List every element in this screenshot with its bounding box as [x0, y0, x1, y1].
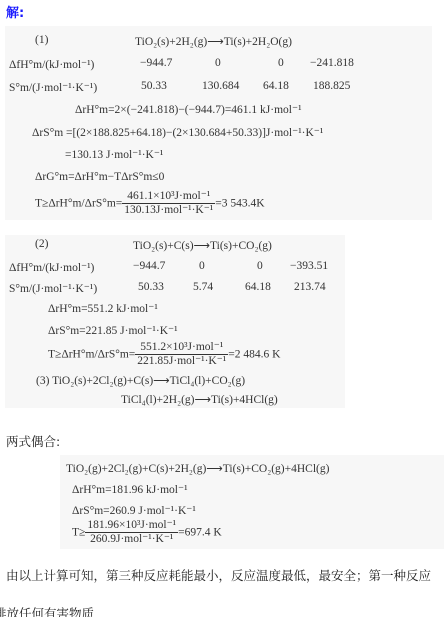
Sm-value: 50.33	[138, 281, 164, 293]
T-prefix: T≥	[72, 527, 85, 539]
Sm-label-1: S°m/(J·mol⁻¹·K⁻¹)	[9, 80, 97, 94]
Sm-value: 64.18	[245, 281, 271, 293]
reaction-equation-1: TiO₂(s)+2H₂(g)⟶Ti(s)+2H₂O(g)	[135, 34, 292, 48]
reaction-equation-3b: TiCl₄(l)+2H₂(g)⟶Ti(s)+4HCl(g)	[121, 392, 278, 406]
T-numerator: 551.2×10³J·mol⁻¹	[135, 341, 228, 355]
T-equation-3: T≥181.96×10³J·mol⁻¹260.9J·mol⁻¹·K⁻¹=697.…	[72, 519, 222, 546]
T-denominator: 260.9J·mol⁻¹·K⁻¹	[85, 533, 178, 546]
T-equation-1: T≥ΔrH°m/ΔrS°m=461.1×10³J·mol⁻¹130.13J·mo…	[35, 190, 265, 217]
dfH-value: 0	[257, 260, 263, 272]
T-numerator: 461.1×10³J·mol⁻¹	[122, 190, 215, 204]
T-fraction: 461.1×10³J·mol⁻¹130.13J·mol⁻¹·K⁻¹	[122, 190, 215, 217]
Sm-label-2: S°m/(J·mol⁻¹·K⁻¹)	[9, 281, 97, 295]
reaction-equation-2: TiO₂(s)+C(s)⟶Ti(s)+CO₂(g)	[133, 238, 272, 252]
T-numerator: 181.96×10³J·mol⁻¹	[85, 519, 178, 533]
T-result: =697.4 K	[178, 527, 222, 539]
drS-equation-3: ΔrS°m=260.9 J·mol⁻¹·K⁻¹	[72, 503, 196, 517]
drH-equation-1: ΔrH°m=2×(−241.818)−(−944.7)=461.1 kJ·mol…	[75, 102, 302, 116]
conclusion-text: 由以上计算可知，第三种反应耗能最小，反应温度最低，最安全；第一种反应	[6, 566, 431, 584]
drS-equation-2: ΔrS°m=221.85 J·mol⁻¹·K⁻¹	[48, 323, 178, 337]
drH-equation-3: ΔrH°m=181.96 kJ·mol⁻¹	[72, 482, 188, 496]
answer-label: 解:	[6, 2, 24, 21]
Sm-value: 213.74	[294, 281, 326, 293]
reaction-equation-3a: (3) TiO₂(s)+2Cl₂(g)+C(s)⟶TiCl₄(l)+CO₂(g)	[36, 373, 245, 387]
T-result: =2 484.6 K	[228, 349, 280, 361]
T-fraction: 551.2×10³J·mol⁻¹221.85J·mol⁻¹·K⁻¹	[135, 341, 228, 368]
T-prefix: T≥ΔrH°m/ΔrS°m=	[35, 198, 122, 210]
T-denominator: 221.85J·mol⁻¹·K⁻¹	[135, 355, 228, 368]
drG-equation-1: ΔrG°m=ΔrH°m−TΔrS°m≤0	[35, 171, 164, 183]
drS-equation-1-line1: ΔrS°m =[(2×188.825+64.18)−(2×130.684+50.…	[32, 125, 323, 139]
T-equation-2: T≥ΔrH°m/ΔrS°m=551.2×10³J·mol⁻¹221.85J·mo…	[48, 341, 280, 368]
Sm-value: 64.18	[263, 80, 289, 92]
dfH-value: −393.51	[290, 260, 328, 272]
Sm-value: 188.825	[313, 80, 350, 92]
Sm-value: 5.74	[193, 281, 213, 293]
dfH-value: −241.818	[310, 57, 354, 69]
dfH-label-2: ΔfH°m/(kJ·mol⁻¹)	[9, 260, 94, 274]
solution-image-2: (2) TiO₂(s)+C(s)⟶Ti(s)+CO₂(g) ΔfH°m/(kJ·…	[5, 235, 345, 408]
reaction-label-2: (2)	[35, 238, 48, 250]
T-fraction: 181.96×10³J·mol⁻¹260.9J·mol⁻¹·K⁻¹	[85, 519, 178, 546]
dfH-value: −944.7	[133, 260, 165, 272]
drH-equation-2: ΔrH°m=551.2 kJ·mol⁻¹	[48, 301, 158, 315]
T-result: =3 543.4K	[215, 198, 264, 210]
dfH-value: 0	[215, 57, 221, 69]
solution-image-1: (1) TiO₂(s)+2H₂(g)⟶Ti(s)+2H₂O(g) ΔfH°m/(…	[5, 26, 432, 220]
reaction-label-1: (1)	[35, 34, 48, 46]
coupling-label: 两式偶合:	[6, 432, 60, 450]
dfH-value: −944.7	[140, 57, 172, 69]
T-prefix: T≥ΔrH°m/ΔrS°m=	[48, 349, 135, 361]
drS-equation-1-line2: =130.13 J·mol⁻¹·K⁻¹	[65, 147, 163, 161]
conclusion-tail-text: 排放任何有害物质	[0, 604, 94, 617]
T-denominator: 130.13J·mol⁻¹·K⁻¹	[122, 204, 215, 217]
dfH-value: 0	[278, 57, 284, 69]
Sm-value: 50.33	[141, 80, 167, 92]
dfH-label-1: ΔfH°m/(kJ·mol⁻¹)	[9, 57, 94, 71]
Sm-value: 130.684	[202, 80, 239, 92]
solution-image-3: TiO₂(g)+2Cl₂(g)+C(s)+2H₂(g)⟶Ti(s)+CO₂(g)…	[60, 455, 444, 549]
dfH-value: 0	[199, 260, 205, 272]
coupled-reaction-equation: TiO₂(g)+2Cl₂(g)+C(s)+2H₂(g)⟶Ti(s)+CO₂(g)…	[66, 461, 329, 475]
